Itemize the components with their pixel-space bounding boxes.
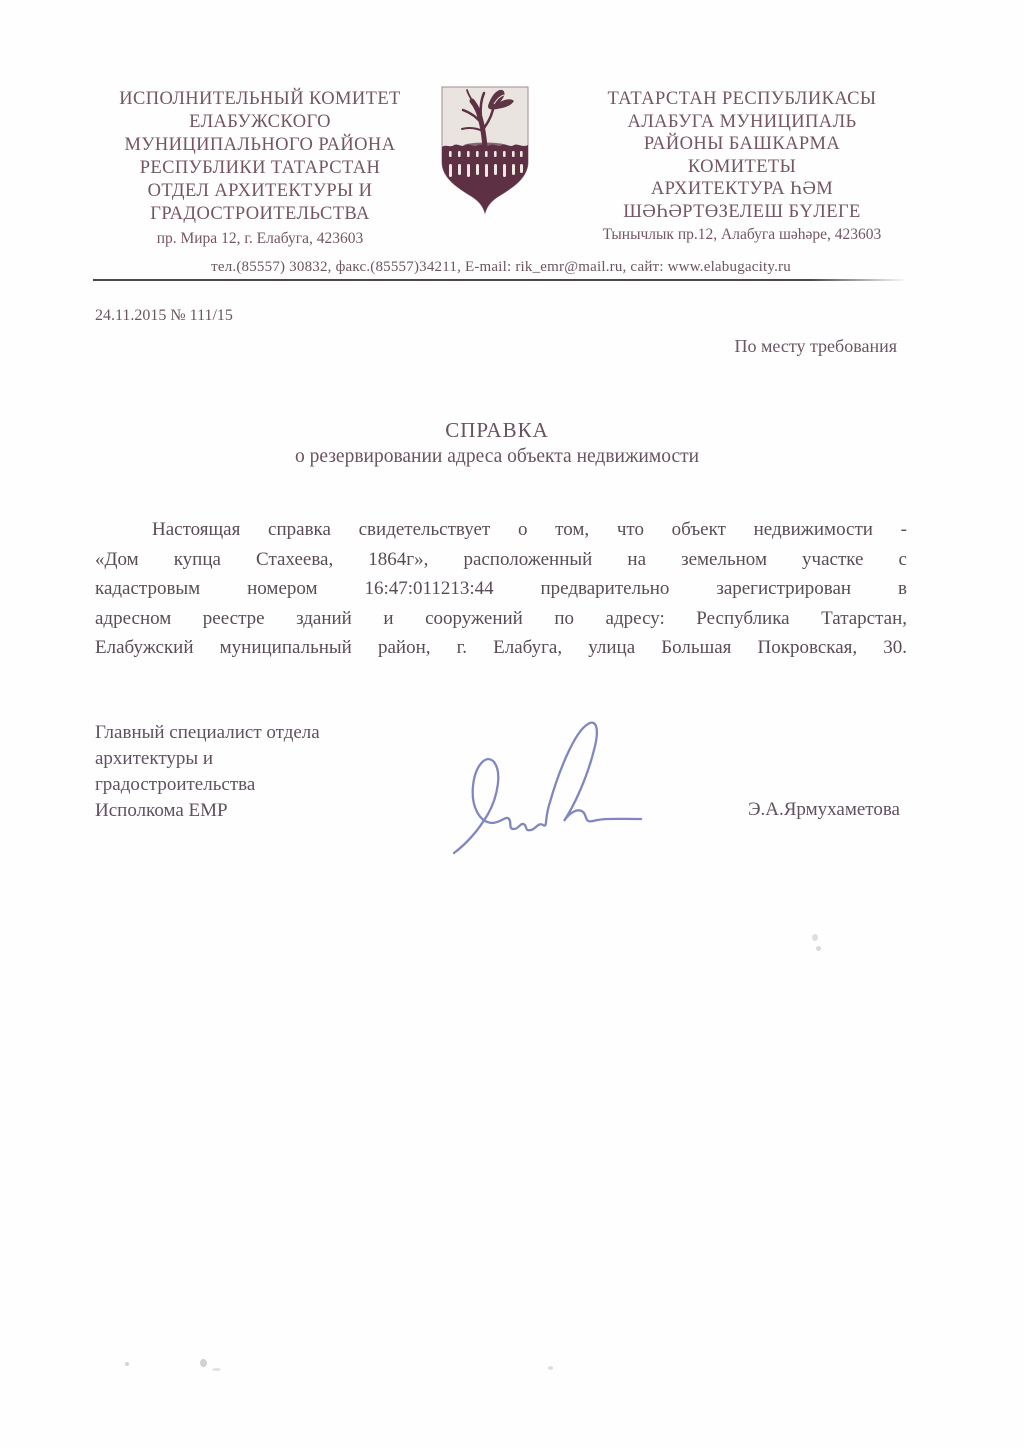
signature-ink xyxy=(438,698,658,878)
body-line: адресном реестре зданий и сооружений по … xyxy=(95,604,907,634)
body-paragraph: Настоящая справка свидетельствует о том,… xyxy=(95,515,907,663)
document-subtitle: о резервировании адреса объекта недвижим… xyxy=(0,446,994,468)
org-line: МУНИЦИПАЛЬНОГО РАЙОНА xyxy=(95,134,425,157)
document-title: СПРАВКА xyxy=(0,418,994,443)
signer-name: Э.А.Ярмухаметова xyxy=(700,799,900,821)
org-line: АРХИТЕКТУРА ҺӘМ xyxy=(556,178,928,201)
scan-speck xyxy=(125,1362,129,1366)
body-line: Елабужский муниципальный район, г. Елабу… xyxy=(95,633,907,663)
org-line: РАЙОНЫ БАШКАРМА xyxy=(556,133,928,156)
org-name-tatar: ТАТАРСТАН РЕСПУБЛИКАСЫ АЛАБУГА МУНИЦИПАЛ… xyxy=(556,88,928,247)
org-line: ЕЛАБУЖСКОГО xyxy=(95,111,425,134)
body-line: «Дом купца Стахеева, 1864г», расположенн… xyxy=(95,545,907,575)
date-number: 24.11.2015 № 111/15 xyxy=(95,307,233,325)
org-line: ИСПОЛНИТЕЛЬНЫЙ КОМИТЕТ xyxy=(95,88,425,111)
org-name-russian: ИСПОЛНИТЕЛЬНЫЙ КОМИТЕТ ЕЛАБУЖСКОГО МУНИЦ… xyxy=(95,88,425,250)
signer-position-line: архитектуры и xyxy=(95,746,435,772)
scan-speck xyxy=(812,934,818,941)
header-divider xyxy=(93,279,907,281)
org-line: ТАТАРСТАН РЕСПУБЛИКАСЫ xyxy=(556,88,928,111)
org-line: ГРАДОСТРОИТЕЛЬСТВА xyxy=(95,203,425,226)
org-line: АЛАБУГА МУНИЦИПАЛЬ xyxy=(556,111,928,134)
body-line: Настоящая справка свидетельствует о том,… xyxy=(95,515,907,545)
scan-speck xyxy=(200,1359,207,1367)
signer-position-line: Главный специалист отдела xyxy=(95,720,435,746)
signer-position-line: Исполкома ЕМР xyxy=(95,798,435,824)
signer-position-line: градостроительства xyxy=(95,772,435,798)
scan-speck xyxy=(548,1366,553,1370)
org-line: ОТДЕЛ АРХИТЕКТУРЫ И xyxy=(95,180,425,203)
signer-position: Главный специалист отдела архитектуры и … xyxy=(95,720,435,824)
org-address-tatar: Тынычлык пр.12, Алабуга шәһәре, 423603 xyxy=(556,223,928,247)
scan-speck xyxy=(212,1368,221,1371)
org-line: РЕСПУБЛИКИ ТАТАРСТАН xyxy=(95,157,425,180)
org-line: ШӘҺӘРТӨЗЕЛЕШ БҮЛЕГЕ xyxy=(556,201,928,224)
org-address-russian: пр. Мира 12, г. Елабуга, 423603 xyxy=(95,226,425,250)
recipient: По месту требования xyxy=(597,336,897,357)
contact-line: тел.(85557) 30832, факс.(85557)34211, E-… xyxy=(95,259,907,276)
body-line: кадастровым номером 16:47:011213:44 пред… xyxy=(95,574,907,604)
scan-speck xyxy=(816,946,821,951)
org-line: КОМИТЕТЫ xyxy=(556,156,928,179)
coat-of-arms-icon xyxy=(436,84,534,216)
document-page: ИСПОЛНИТЕЛЬНЫЙ КОМИТЕТ ЕЛАБУЖСКОГО МУНИЦ… xyxy=(0,0,1024,1448)
